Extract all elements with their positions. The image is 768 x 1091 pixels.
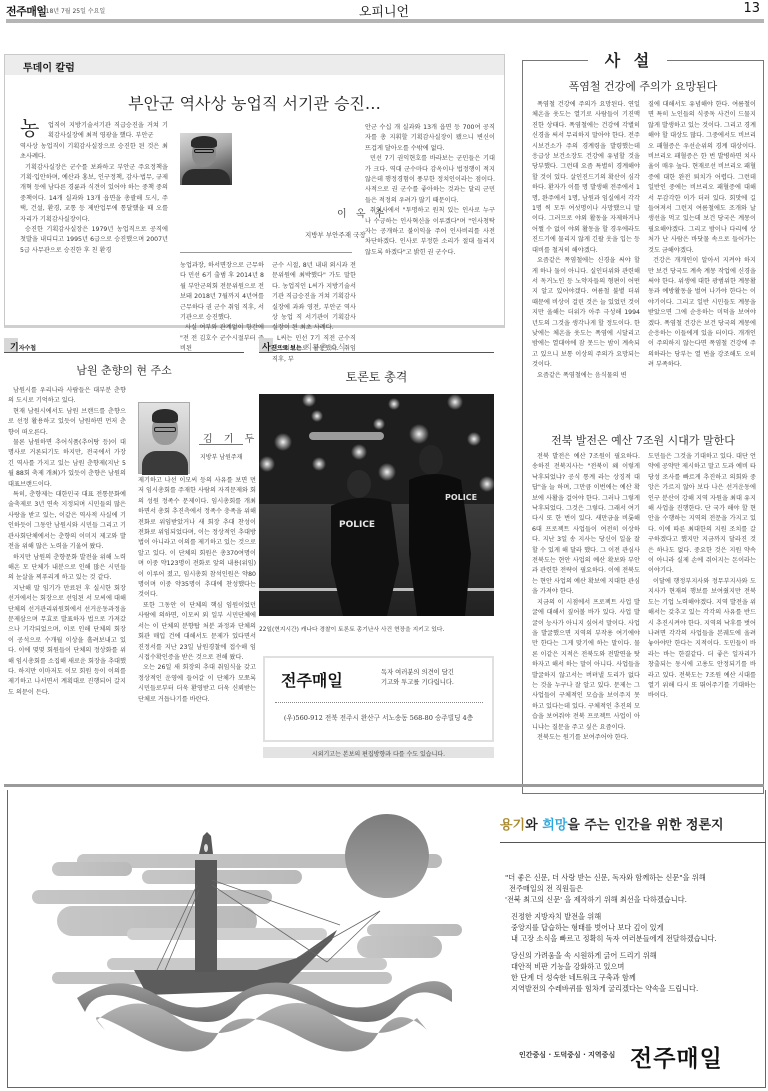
paragraph: 승진한 기획감사실장은 1979년 농업직으로 공직에 첫발을 내디디고 199…	[20, 225, 168, 256]
editorial-1-col1: 폭염철 건강에 주의가 요망된다. 연일 체온을 웃도는 열기로 사람들이 기진…	[532, 100, 640, 381]
author-name: 김 기 두	[203, 430, 258, 445]
today-column: 투데이 칼럼 부안군 역사상 농업직 서기관 승진… 농 업직이 지방기술서기관…	[4, 54, 505, 328]
paragraph: 또한 그동안 이 단체의 핵심 임원이었던 사람에 의하면, 이모씨 외 일부 …	[138, 601, 256, 663]
ad-slogan: 용기와 희망을 주는 인간을 위한 정론지	[500, 814, 724, 833]
newspaper-logo-large: 전주매일	[630, 1040, 723, 1073]
paragraph: 취임사에서 "투명하고 원칙 있는 인사로 누구나 수긍하는 인사혁신을 이루겠…	[365, 206, 495, 258]
label-light: 지구촌 소식	[302, 343, 346, 352]
editorial-1-col2: 질에 대해서도 유념해야 한다. 여름철이면 특히 노인들의 식중독 사건이 드…	[648, 100, 756, 371]
contribution-note-bar: 시외기고는 본보의 편집방향과 다를 수도 있습니다.	[263, 747, 494, 758]
today-column-header: 투데이 칼럼	[5, 55, 504, 75]
divider	[667, 60, 764, 61]
text-line: 당신의 가려움을 속 시원하게 긁어 드리기 위해	[511, 950, 765, 961]
section-divider	[4, 784, 764, 787]
text-line: 진정한 지방자치 발전을 위해	[511, 911, 765, 922]
ad-paragraph: 당신의 가려움을 속 시원하게 긁어 드리기 위해 대안적 비판 기능을 강화하…	[505, 950, 765, 994]
today-column-lead: 업직이 지방기술서기관 직급승진을 거쳐 기획감사실장에 최적 영광을 했다. …	[20, 121, 168, 142]
today-column-text-col3: 안군 수십 개 실과와 13개 읍면 등 700여 공직자를 총 지휘할 기획감…	[365, 123, 495, 258]
ad-body-text: "더 좋은 신문, 더 사랑 받는 신문, 독자와 함께하는 신문"을 위해 전…	[505, 872, 765, 1000]
contribution-text: 독자 여러분의 의견이 담긴 기고와 투고를 기다립니다.	[381, 668, 454, 688]
ad-tagline: 인간중심 · 도덕중심 · 지역중심	[519, 1050, 615, 1060]
paragraph: 하지만 남원의 춘향문화 발전을 위해 노력해온 모 단체가 내분으로 인해 많…	[8, 553, 126, 584]
paragraph: 건강은 개개인이 알아서 지켜야 하지만 보건 당국도 계속 계몽 작업에 신경…	[648, 256, 756, 370]
reporter-note-col2: 제기하고 나선 이모씨 등의 사유를 보면 먼저 임시총회를 주재한 사람의 자…	[138, 476, 256, 705]
paragraph: 전북 발전은 예산 7조원이 필요하다. 송하진 전북지사는 "전북이 왜 이렇…	[532, 452, 640, 598]
contribution-note: 시외기고는 본보의 편집방향과 다를 수도 있습니다.	[263, 749, 494, 758]
paragraph: 폭염철 건강에 주의가 요망된다. 연일 체온을 웃도는 열기로 사람들이 기진…	[532, 100, 640, 256]
news-photo: POLICE POLICE	[259, 394, 494, 616]
paragraph: 이달에 행정부지사와 정무부지사와 도지사가 현재의 행보를 보여줬지만 전북도…	[648, 577, 756, 702]
world-photo-headline: 토론토 총격	[259, 368, 494, 385]
today-column-headline: 부안군 역사상 농업직 서기관 승진…	[5, 91, 504, 114]
label-cap: 기	[10, 343, 19, 353]
paragraph: 전북도는 원기를 보여주어야 한다.	[532, 733, 640, 743]
newspaper-logo: 전주매일	[281, 668, 343, 691]
slogan-connector: 와	[525, 818, 542, 833]
text-line: 지역발전의 수레바퀴를 힘차게 굴리겠다는 약속을 드립니다.	[511, 983, 765, 994]
paragraph: 지금의 이 시점에서 프로젝트 사업 발굴에 대해서 짚어볼 바가 있다. 사업…	[532, 598, 640, 733]
contribution-box: 전주매일 독자 여러분의 의견이 담긴 기고와 투고를 기다립니다. (우)56…	[263, 656, 494, 742]
postal-address: (우)560-912 전북 전주시 완산구 서노송동 568-80 승주빌딩 4…	[265, 712, 492, 722]
text-line: 기고와 투고를 기다립니다.	[381, 678, 454, 688]
reporter-note-col1: 남원시를 우리나라 사람들은 대부분 춘향의 도시로 기억하고 있다. 현재 남…	[8, 386, 126, 698]
label-bold: 진으로 보는	[271, 345, 302, 352]
text-line: 독자 여러분의 의견이 담긴	[381, 668, 454, 678]
paragraph: 농업과장, 하서면장으로 근무하다 민선 6기 출범 후 2014년 8월 부안…	[180, 261, 264, 323]
paragraph: 질에 대해서도 유념해야 한다. 여름철이면 특히 노인들의 식중독 사건이 드…	[648, 100, 756, 256]
paragraph: 오는 26일 새 회장의 추대 취임식을 갖고 정상적인 운영에 들어갈 이 단…	[138, 663, 256, 705]
text-line: 중앙지를 답습하는 형태를 벗어나 보다 깊이 있게	[511, 922, 765, 933]
police-photo-illustration: POLICE POLICE	[259, 394, 494, 616]
ship-illustration	[7, 790, 487, 1088]
page-number: 13	[743, 1, 760, 16]
slogan-hope: 희망	[542, 818, 567, 833]
text-line: 한 단계 더 성숙한 네트워크 구축과 함께	[511, 972, 765, 983]
paragraph: 특히, 춘향제는 대한민국 대표 전통문화예술축제로 3년 연속 지정되며 시민…	[8, 490, 126, 552]
label-cap: 사	[262, 343, 271, 353]
paragraph: 지난해 말 임기가 만료된 후 실시한 회장 선거에서는 회장으로 선임된 서 …	[8, 584, 126, 698]
divider	[522, 60, 588, 61]
author-role: 지방부 부안주재 국장	[305, 230, 366, 239]
svg-text:POLICE: POLICE	[445, 493, 477, 502]
editorial-label: 사 설	[596, 48, 662, 71]
paragraph: 기획감사실장은 군수를 보좌하고 부안군 주요정책을 기획·입안하며, 예산과 …	[20, 163, 168, 225]
today-column-label: 투데이 칼럼	[23, 59, 75, 74]
reporter-note-headline: 남원 춘향의 현 주소	[4, 362, 244, 378]
author-photo	[138, 402, 190, 474]
reporter-note-label: 기자수첩	[10, 340, 36, 353]
reporter-note-header: 기자수첩	[4, 338, 244, 353]
ad-paragraph: 진정한 지방자치 발전을 위해 중앙지를 답습하는 형태를 벗어나 보다 깊이 …	[505, 911, 765, 944]
paragraph: 현재 남원시에서도 남원 브랜드를 춘향으로 선정 활용하고 있듯이 남원하면 …	[8, 407, 126, 438]
text-line: "더 좋은 신문, 더 사랑 받는 신문, 독자와 함께하는 신문"을 위해	[505, 872, 765, 883]
dotted-divider	[275, 702, 483, 703]
photo-caption: 22일(현지시간) 캐나다 경찰이 토론토 총기난사 사건 현장을 지키고 있다…	[259, 624, 499, 633]
header-rule	[6, 19, 764, 23]
label-rest: 자수첩	[19, 345, 36, 352]
editorial-2-col1: 전북 발전은 예산 7조원이 필요하다. 송하진 전북지사는 "전북이 왜 이렇…	[532, 452, 640, 782]
divider	[199, 444, 243, 445]
slogan-courage: 용기	[500, 818, 525, 833]
editorial-headline-2: 전북 발전은 예산 7조원 시대가 말한다	[522, 432, 764, 448]
paragraph: 요즘같은 폭염철에는 음식물의 변	[532, 371, 640, 381]
paragraph: 제기하고 나선 이모씨 등의 사유를 보면 먼저 임시총회를 주재한 사람의 자…	[138, 476, 256, 601]
world-photo-label: 사진으로 보는 지구촌 소식	[262, 340, 346, 353]
today-column-text-col1: 업직이 지방기술서기관 직급승진을 거쳐 기획감사실장에 최적 영광을 했다. …	[20, 121, 168, 256]
slogan-rest: 을 주는 인간을 위한 정론지	[567, 818, 723, 833]
text-line: 내 고장 소식을 빠르고 정확히 독자 여러분들에게 전달하겠습니다.	[511, 933, 765, 944]
world-photo-header: 사진으로 보는 지구촌 소식	[259, 338, 494, 353]
text-line: 전주매일의 전 직원들은	[505, 883, 765, 894]
text-line: 대안적 비판 기능을 강화하고 있으며	[511, 961, 765, 972]
svg-text:POLICE: POLICE	[339, 520, 375, 530]
paragraph: 역사상 농업직이 기획감사실장으로 승진한 된 것은 최초사례다.	[20, 142, 168, 163]
ad-paragraph: "더 좋은 신문, 더 사랑 받는 신문, 독자와 함께하는 신문"을 위해 전…	[505, 872, 765, 905]
editorial-2-col2: 도민들은 그것을 기대하고 있다. 대단 언약에 공약만 제시하고 말고 도과 …	[648, 452, 756, 782]
paragraph: 도민들은 그것을 기대하고 있다. 대단 언약에 공약만 제시하고 말고 도과 …	[648, 452, 756, 577]
paragraph: 물론 남원하면 추어식품(추어탕 등)이 대명사로 거론되기도 하지만, 전국에…	[8, 438, 126, 490]
paragraph: 군수 시절, 8년 내내 외시과 전문위원에 최박했다" 가도 말한다. 농업직…	[272, 261, 356, 334]
author-role: 지방부 남원주재	[200, 452, 242, 461]
editorial-headline-1: 폭염철 건강에 주의가 요망된다	[522, 78, 764, 94]
paragraph: 안군 수십 개 실과와 13개 읍면 등 700여 공직자를 총 지휘할 기획감…	[365, 123, 495, 154]
paragraph: 민선 7기 권익현호를 바라보는 군민들은 기대가 크다. 역대 군수마다 감옥…	[365, 154, 495, 206]
text-line: '전북 최고의 신문' 을 제작하기 위해 최선을 다하겠습니다.	[505, 894, 765, 905]
divider	[500, 842, 766, 843]
author-photo	[180, 133, 232, 185]
paragraph: 요즘같은 폭염철에는 신경을 써야 할 게 하나 둘이 아니다. 실인더위와 관…	[532, 256, 640, 370]
divider	[180, 252, 352, 253]
paragraph: 남원시를 우리나라 사람들은 대부분 춘향의 도시로 기억하고 있다.	[8, 386, 126, 407]
section-title: 오피니언	[0, 1, 768, 20]
